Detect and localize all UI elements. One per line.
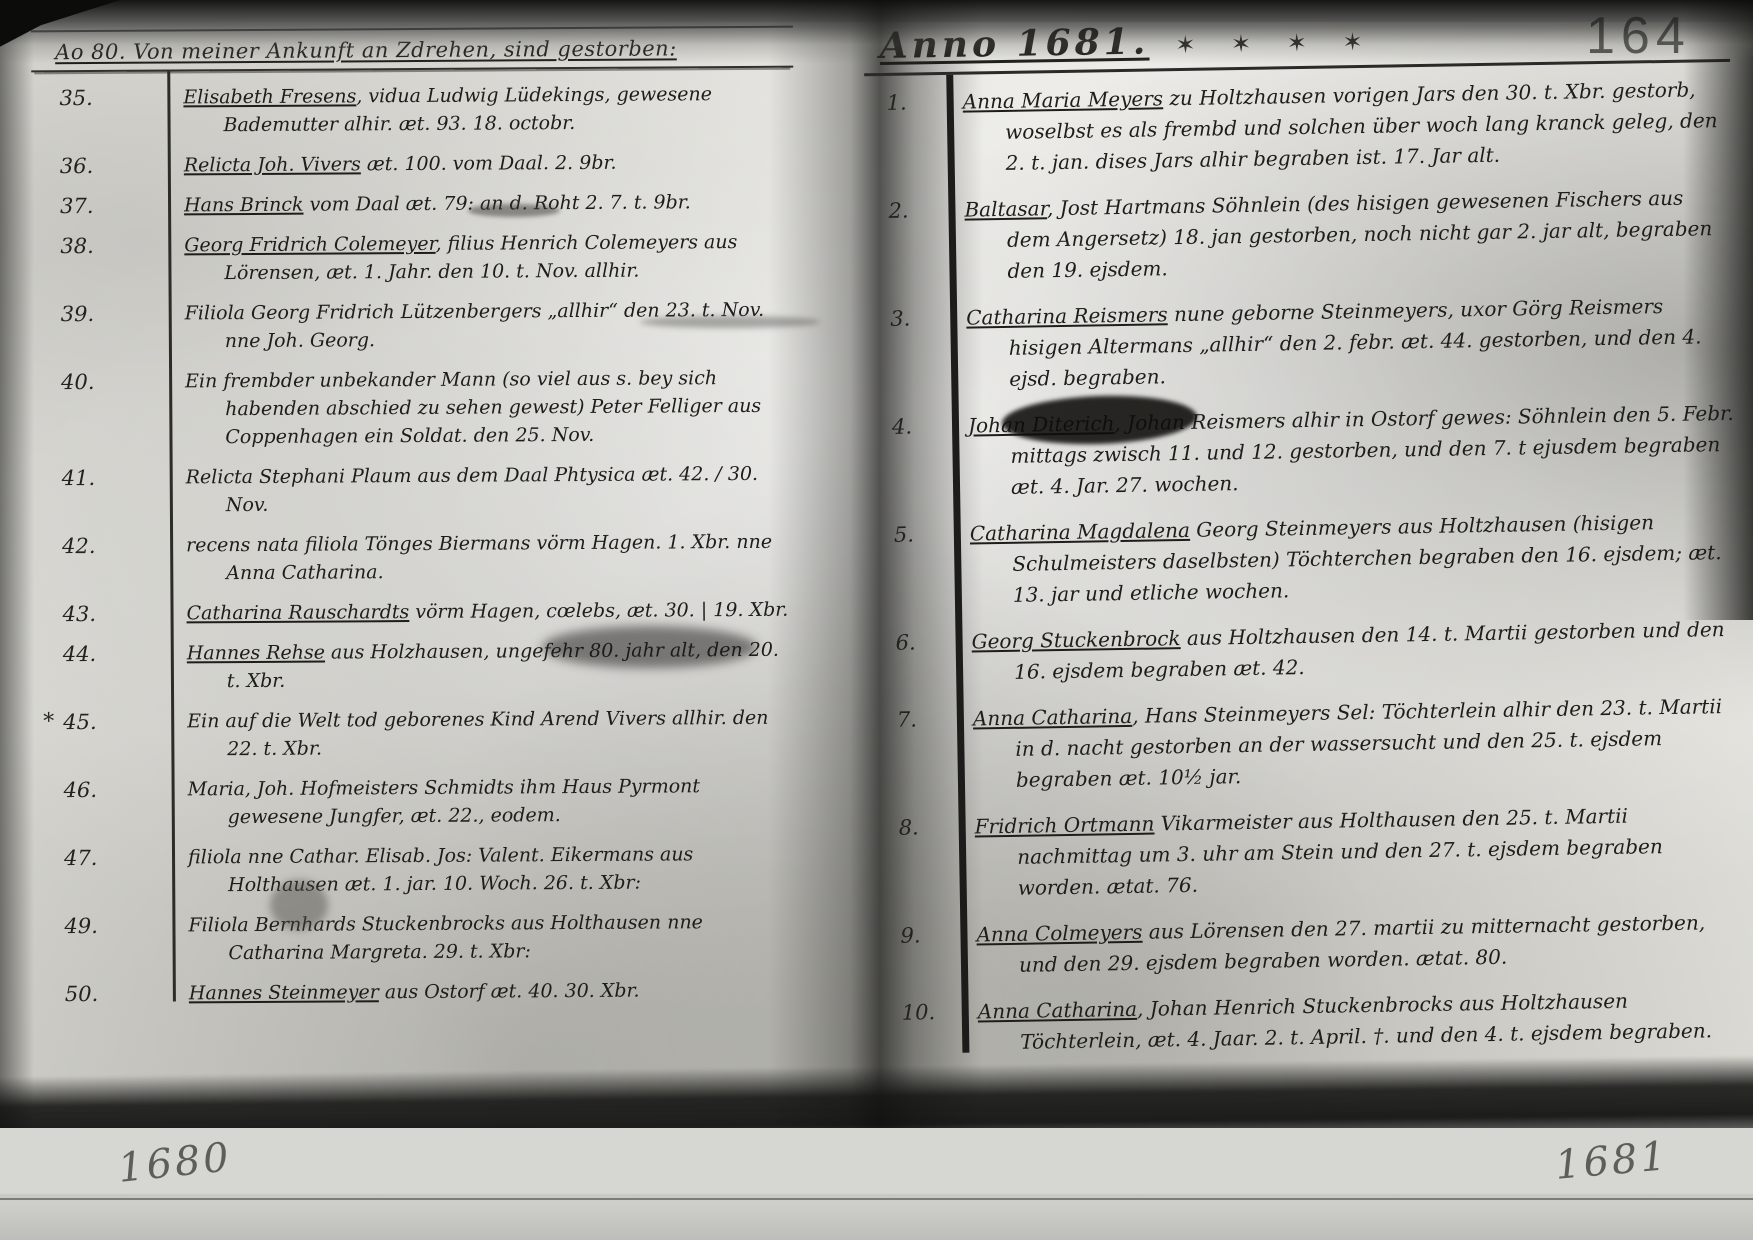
entry-number: 47. — [36, 843, 172, 872]
entry-name: Hans Brinck — [184, 194, 304, 217]
entry-body: æt. 100. vom Daal. 2. 9br. — [361, 152, 617, 176]
entry-text: recens nata filiola Tönges Biermans vörm… — [210, 528, 796, 588]
left-page-entries: 35.Elisabeth Fresens, vidua Ludwig Lüdek… — [31, 68, 799, 1009]
entry-number: 50. — [37, 979, 173, 1008]
register-entry: 47.filiola nne Cathar. Elisab. Jos: Vale… — [36, 840, 798, 901]
entry-name: Fridrich Ortmann — [974, 812, 1154, 839]
entry-name: Hannes Steinmeyer — [189, 981, 379, 1004]
register-entry: 6.Georg Stuckenbrock aus Holtzhausen den… — [873, 614, 1740, 690]
entry-number: 1. — [864, 87, 947, 119]
entry-body: recens nata filiola Tönges Biermans vörm… — [186, 531, 772, 584]
entry-name: Catharina Reismers — [966, 302, 1168, 329]
register-entry: 42.recens nata filiola Tönges Biermans v… — [34, 528, 796, 589]
entry-text: Ein auf die Welt tod geborenes Kind Aren… — [211, 704, 797, 764]
entry-text: Anna Maria Meyers zu Holtzhausen vorigen… — [988, 74, 1731, 179]
entry-number: 45. — [35, 707, 171, 736]
left-page-1680: Ao 80. Von meiner Ankunft an Zdrehen, si… — [31, 26, 799, 1021]
entry-number: 6. — [873, 627, 956, 659]
entry-body: Ein frembder unbekander Mann (so viel au… — [185, 367, 761, 448]
register-entry: 1.Anna Maria Meyers zu Holtzhausen vorig… — [864, 74, 1731, 181]
entry-name: Hannes Rehse — [187, 642, 325, 665]
entry-name: Georg Stuckenbrock — [971, 626, 1180, 653]
entry-body: Maria, Joh. Hofmeisters Schmidts ihm Hau… — [188, 775, 701, 828]
entry-number: 46. — [36, 775, 172, 804]
register-entry: 35.Elisabeth Fresens, vidua Ludwig Lüdek… — [31, 80, 793, 141]
entry-text: Georg Fridrich Colemeyer, filius Henrich… — [208, 228, 794, 288]
entry-body: Relicta Stephani Plaum aus dem Daal Phty… — [186, 463, 758, 516]
scanner-edge-line — [0, 1198, 1753, 1200]
right-edge-shadow — [1683, 0, 1753, 620]
entry-body: filiola nne Cathar. Elisab. Jos: Valent.… — [188, 843, 693, 896]
entry-number: 37. — [32, 192, 168, 221]
entry-number: 35. — [31, 84, 167, 113]
entry-text: Georg Stuckenbrock aus Holtzhausen den 1… — [997, 614, 1740, 688]
entry-text: Hannes Steinmeyer aus Ostorf æt. 40. 30.… — [213, 976, 799, 1008]
register-entry: 8.Fridrich Ortmann Vikarmeister aus Holt… — [876, 799, 1743, 906]
entry-number: 40. — [33, 367, 169, 396]
margin-star: * — [43, 708, 54, 736]
paper-stain — [270, 880, 328, 930]
entry-number: 2. — [866, 195, 949, 227]
ink-smudge-entry45 — [542, 626, 757, 668]
entry-text: Ein frembder unbekander Mann (so viel au… — [209, 364, 796, 452]
entry-number: 7. — [875, 704, 958, 736]
register-entry: 49.Filiola Bernhards Stuckenbrocks aus H… — [36, 908, 798, 969]
entry-name: Baltasar — [964, 196, 1047, 221]
ink-smudge-entry39 — [640, 316, 820, 328]
entry-number: 43. — [34, 599, 170, 628]
register-entry: 38.Georg Fridrich Colemeyer, filius Henr… — [32, 228, 794, 289]
entry-number: 10. — [880, 997, 963, 1029]
entry-name: Anna Colmeyers — [976, 920, 1142, 947]
entry-text: Anna Catharina, Johan Henrich Stuckenbro… — [1004, 984, 1747, 1058]
register-entry: 9.Anna Colmeyers aus Lörensen den 27. ma… — [878, 907, 1745, 983]
register-entry: 41.Relicta Stephani Plaum aus dem Daal P… — [34, 460, 796, 521]
register-entry: 37.Hans Brinck vom Daal æt. 79: an d. Ro… — [32, 188, 794, 221]
entry-number: 9. — [878, 920, 961, 952]
register-entry: 46.Maria, Joh. Hofmeisters Schmidts ihm … — [36, 772, 798, 833]
register-entry: 4.Johan Diterich, Johan Reismers alhir i… — [870, 398, 1737, 505]
entry-number: 39. — [33, 300, 169, 329]
entry-number: 42. — [34, 531, 170, 560]
register-entry: 40.Ein frembder unbekander Mann (so viel… — [33, 364, 795, 453]
entry-name: Catharina Rauschardts — [186, 601, 409, 624]
left-edge-shadow — [0, 0, 34, 1160]
entry-name: Anna Maria Meyers — [962, 86, 1163, 113]
register-scan: Ao 80. Von meiner Ankunft an Zdrehen, si… — [0, 0, 1753, 1240]
entry-text: Maria, Joh. Hofmeisters Schmidts ihm Hau… — [211, 772, 797, 832]
entry-body: vörm Hagen, cœlebs, æt. 30. | 19. Xbr. — [409, 599, 788, 623]
entry-number: 36. — [32, 152, 168, 181]
entry-text: Catharina Reismers nune geborne Steinmey… — [992, 290, 1735, 395]
scanner-bottom-margin — [0, 1128, 1753, 1240]
ink-smudge-entry36 — [468, 204, 560, 217]
register-entry: 36.Relicta Joh. Vivers æt. 100. vom Daal… — [32, 148, 794, 181]
register-entry: 7.Anna Catharina, Hans Steinmeyers Sel: … — [875, 691, 1742, 798]
entry-number: 44. — [35, 639, 171, 668]
register-entry: 10.Anna Catharina, Johan Henrich Stucken… — [880, 984, 1747, 1060]
register-entry: 5.Catharina Magdalena Georg Steinmeyers … — [872, 506, 1739, 613]
entry-number: 5. — [872, 519, 955, 551]
right-page-entries: 1.Anna Maria Meyers zu Holtzhausen vorig… — [864, 62, 1746, 1060]
entry-text: Elisabeth Fresens, vidua Ludwig Lüdeking… — [207, 80, 793, 140]
register-entry: 50.Hannes Steinmeyer aus Ostorf æt. 40. … — [37, 976, 799, 1009]
entry-body: Filiola Bernhards Stuckenbrocks aus Holt… — [188, 911, 703, 964]
entry-text: Anna Colmeyers aus Lörensen den 27. mart… — [1002, 907, 1745, 981]
entry-name: Anna Catharina — [973, 704, 1133, 731]
entry-number: 38. — [32, 232, 168, 261]
entry-name: Anna Catharina — [978, 997, 1138, 1024]
register-entry: 3.Catharina Reismers nune geborne Steinm… — [868, 290, 1735, 397]
register-entry: 2.Baltasar, Jost Hartmans Söhnlein (des … — [866, 182, 1733, 289]
entry-text: Relicta Joh. Vivers æt. 100. vom Daal. 2… — [208, 148, 794, 180]
entry-number: 8. — [876, 812, 959, 844]
entry-number: 4. — [870, 411, 953, 443]
entry-name: Georg Fridrich Colemeyer — [184, 233, 435, 257]
entry-text: Anna Catharina, Hans Steinmeyers Sel: Tö… — [999, 691, 1742, 796]
scanner-top-edge — [0, 0, 1753, 64]
entry-text: Baltasar, Jost Hartmans Söhnlein (des hi… — [990, 182, 1733, 287]
register-entry: *45.Ein auf die Welt tod geborenes Kind … — [35, 704, 797, 765]
entry-text: Relicta Stephani Plaum aus dem Daal Phty… — [210, 460, 796, 520]
entry-text: Fridrich Ortmann Vikarmeister aus Holtha… — [1000, 799, 1743, 904]
entry-body: Ein auf die Welt tod geborenes Kind Aren… — [187, 707, 768, 760]
entry-text: Catharina Magdalena Georg Steinmeyers au… — [996, 506, 1739, 611]
entry-text: Catharina Rauschardts vörm Hagen, cœlebs… — [210, 596, 796, 628]
entry-name: Catharina Magdalena — [970, 518, 1191, 546]
entry-number: 3. — [868, 303, 951, 335]
right-page-1681: Anno 1681. ✶ ✶ ✶ ✶ 1.Anna Maria Meyers z… — [863, 7, 1746, 1075]
entry-number: 49. — [36, 911, 172, 940]
entry-body: , Jost Hartmans Söhnlein (des hisigen ge… — [1007, 186, 1713, 283]
entry-number: 41. — [34, 463, 170, 492]
entry-name: Relicta Joh. Vivers — [184, 153, 361, 176]
entry-name: Elisabeth Fresens — [183, 85, 356, 108]
register-entry: 43.Catharina Rauschardts vörm Hagen, cœl… — [34, 596, 796, 629]
entry-body: aus Ostorf æt. 40. 30. Xbr. — [379, 980, 640, 1004]
